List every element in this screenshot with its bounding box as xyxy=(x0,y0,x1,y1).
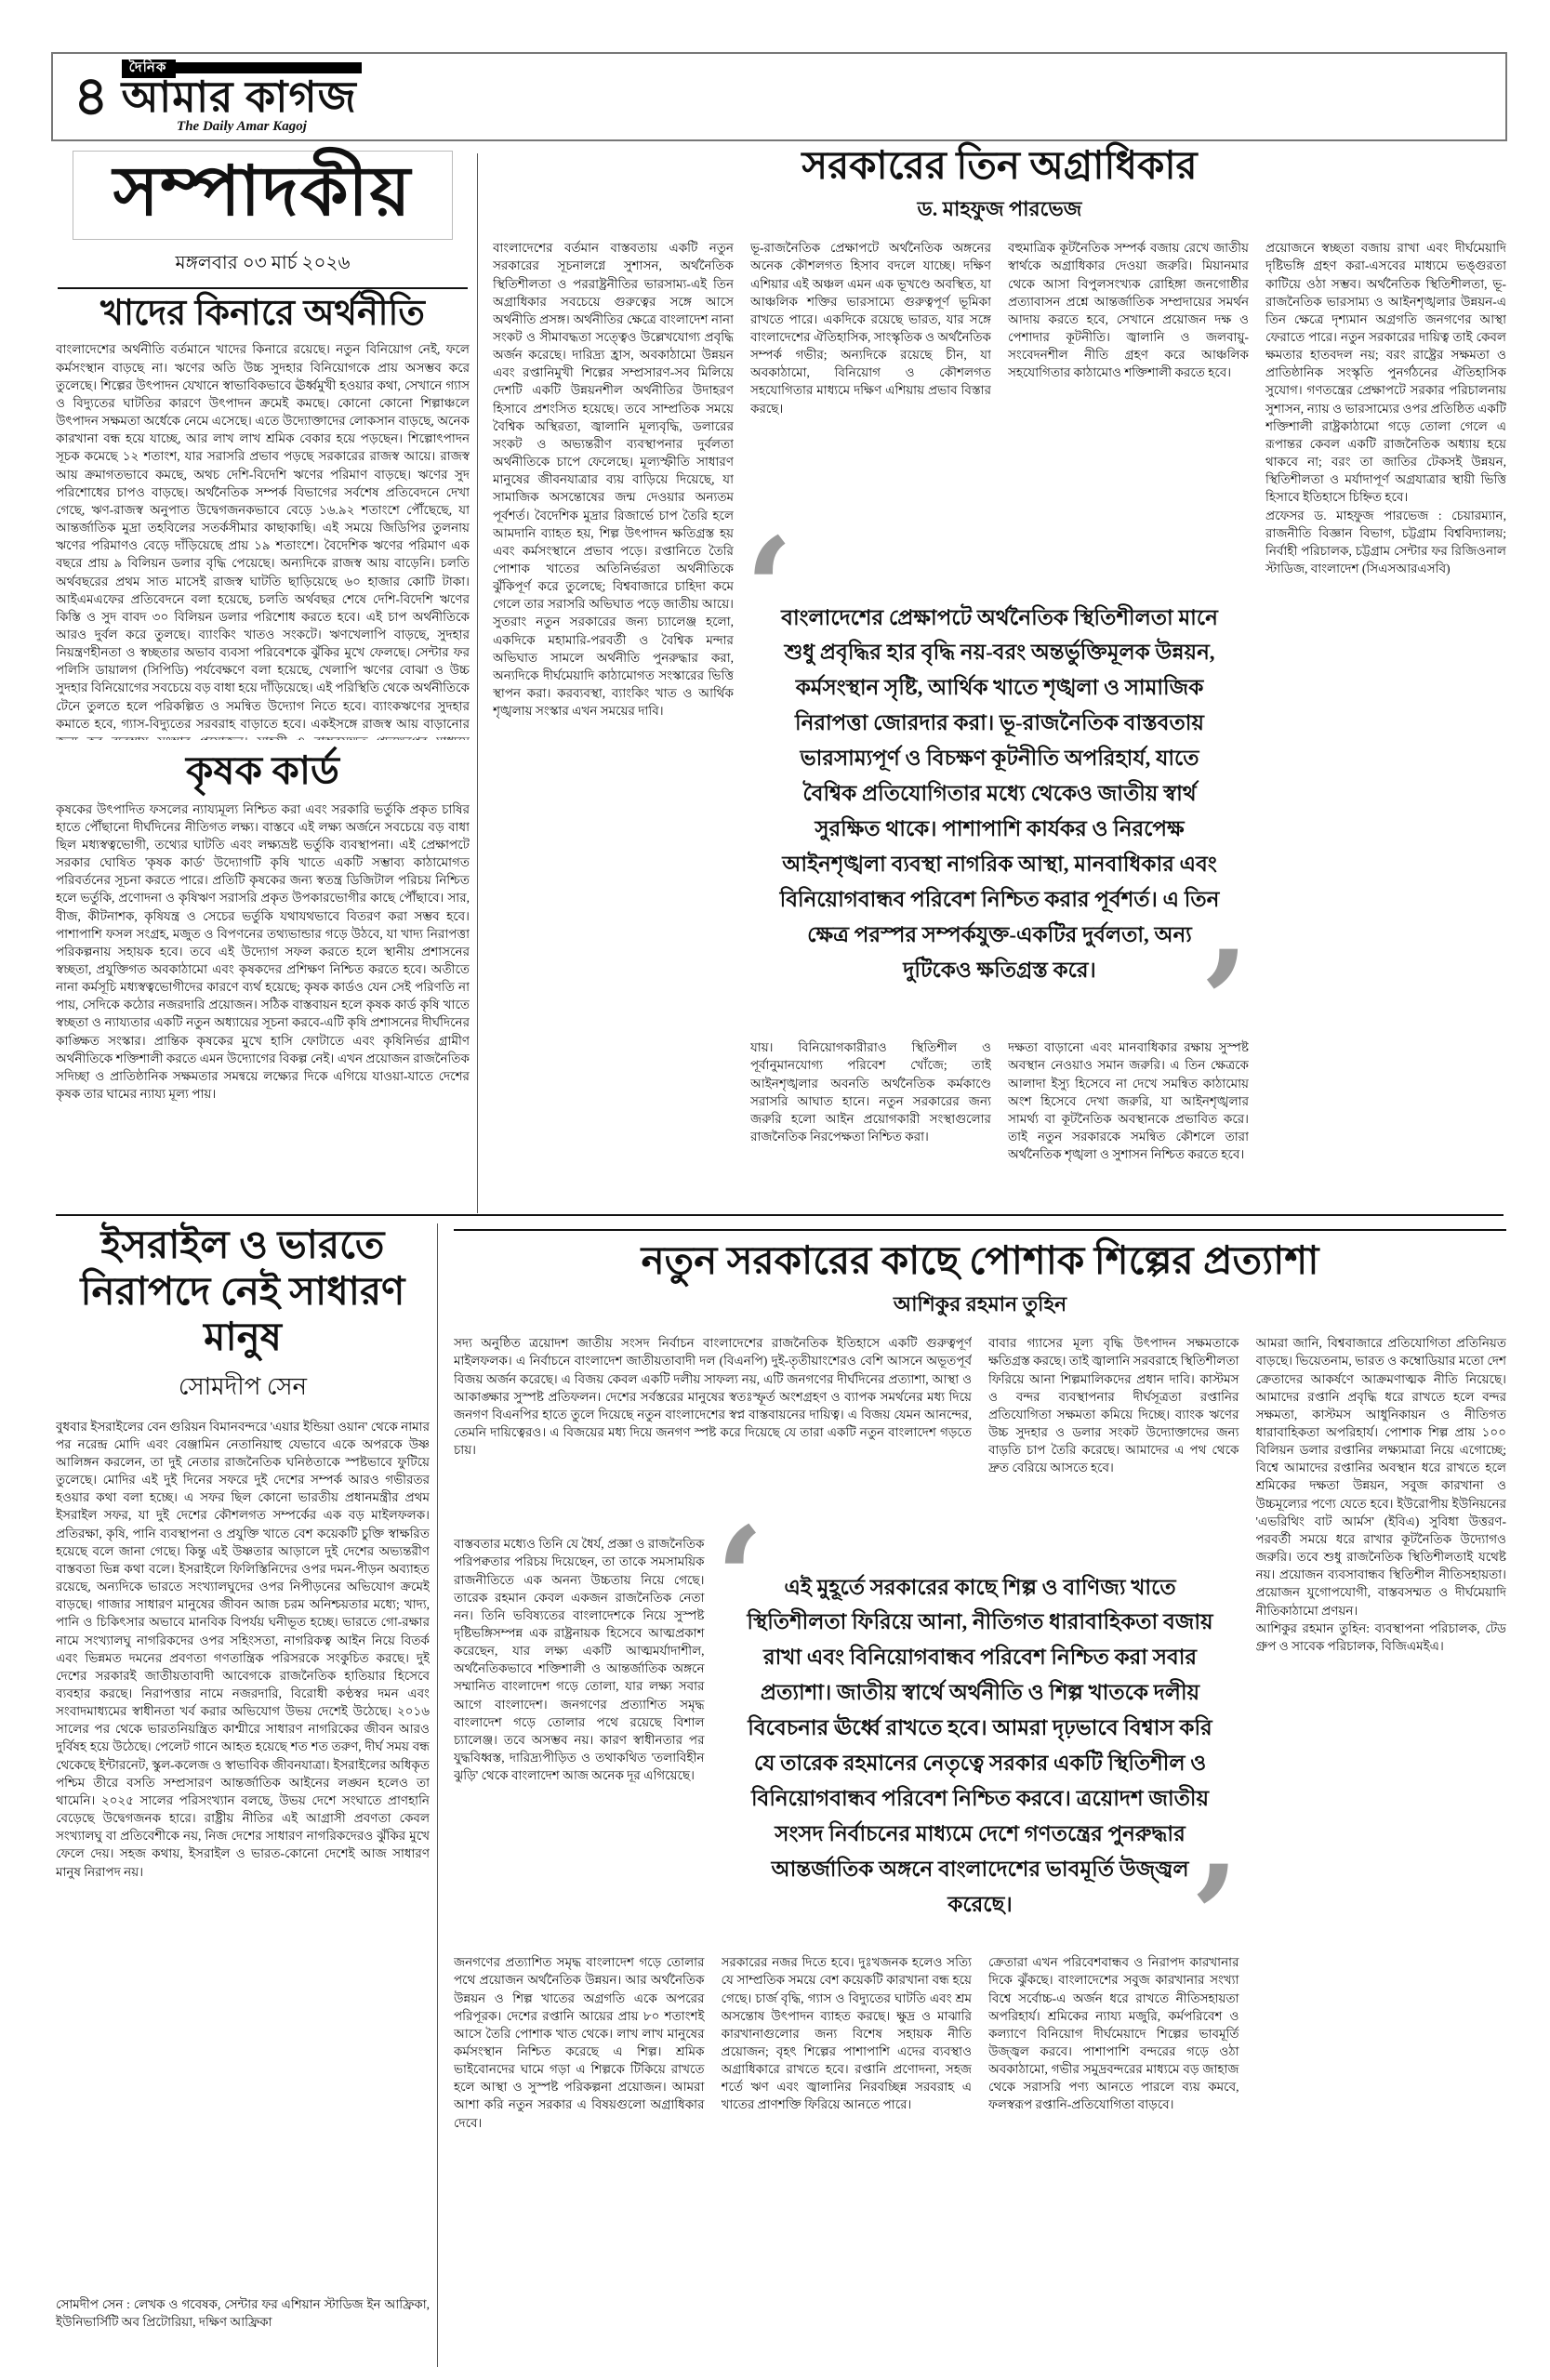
close-quote-icon: ’ xyxy=(1200,932,1249,1072)
article-israel-india: ইসরাইল ও ভারতে নিরাপদে নেই সাধারণ মানুষ … xyxy=(56,1223,430,2331)
garments-columns: সদ্য অনুষ্ঠিত ত্রয়োদশ জাতীয় সংসদ নির্ব… xyxy=(454,1334,1506,2281)
garments-col3-top: বাবার গ্যাসের মূল্য বৃদ্ধি উৎপাদন সক্ষমত… xyxy=(988,1334,1239,1526)
date-rule xyxy=(58,287,468,289)
article-garments-expectations: নতুন সরকারের কাছে পোশাক শিল্পের প্রত্যাশ… xyxy=(454,1229,1506,2281)
edition-date: মঙ্গলবার ০৩ মার্চ ২০২৬ xyxy=(56,249,470,280)
priorities-col4: প্রয়োজনে স্বচ্ছতা বজায় রাখা এবং দীর্ঘম… xyxy=(1265,239,1506,1234)
garments-quote-text: এই মুহূর্তে সরকারের কাছে শিল্প ও বাণিজ্য… xyxy=(746,1570,1215,1923)
garments-col1-bottom: জনগণের প্রত্যাশিত সমৃদ্ধ বাংলাদেশ গড়ে ত… xyxy=(454,1953,705,2281)
israel-byline: সোমদীপ সেন xyxy=(56,1368,430,1408)
israel-author-credit: সোমদীপ সেন : লেখক ও গবেষক, সেন্টার ফর এশ… xyxy=(56,2295,430,2331)
israel-body: বুধবার ইসরাইলের বেন গুরিয়ন বিমানবন্দরে … xyxy=(56,1418,430,2292)
israel-headline: ইসরাইল ও ভারতে নিরাপদে নেই সাধারণ মানুষ xyxy=(56,1223,430,1362)
vertical-divider-bottom xyxy=(437,1223,438,2367)
priorities-columns: বাংলাদেশের বর্তমান বাস্তবতায় একটি নতুন … xyxy=(493,239,1506,1234)
editorial-body-2: কৃষকের উৎপাদিত ফসলের ন্যায্যমূল্য নিশ্চি… xyxy=(56,800,470,1217)
priorities-headline: সরকারের তিন অগ্রাধিকার xyxy=(493,145,1506,188)
priorities-col1: বাংলাদেশের বর্তমান বাস্তবতায় একটি নতুন … xyxy=(493,239,734,1234)
page-number: ৪ xyxy=(73,70,109,124)
article-three-priorities: সরকারের তিন অগ্রাধিকার ড. মাহফুজ পারভেজ … xyxy=(493,145,1506,1234)
garments-col3-bottom: ক্রেতারা এখন পরিবেশবান্ধব ও নিরাপদ কারখা… xyxy=(988,1953,1239,2281)
garments-col4: আমরা জানি, বিশ্ববাজারে প্রতিযোগিতা প্রতি… xyxy=(1256,1334,1507,2281)
newspaper-editorial-page: ৪ দৈনিক আমার কাগজ The Daily Amar Kagoj স… xyxy=(0,0,1550,2380)
close-quote-icon: ’ xyxy=(1190,1847,1239,1987)
logo-band-decor xyxy=(176,62,362,73)
priorities-pull-quote: ‘ বাংলাদেশের প্রেক্ষাপটে অর্থনৈতিক স্থিত… xyxy=(750,546,1249,1029)
garments-headline: নতুন সরকারের কাছে পোশাক শিল্পের প্রত্যাশ… xyxy=(454,1240,1506,1283)
priorities-col2-bottom: যায়। বিনিয়োগকারীরাও স্থিতিশীল ও পূর্বা… xyxy=(750,1038,991,1234)
garments-col4-text: আমরা জানি, বিশ্ববাজারে প্রতিযোগিতা প্রতি… xyxy=(1256,1334,1507,1620)
open-quote-icon: ‘ xyxy=(716,1509,764,1648)
editorial-masthead-box: সম্পাদকীয় xyxy=(73,151,453,240)
garments-byline: আশিকুর রহমান তুহিন xyxy=(454,1289,1506,1323)
priorities-col3-top: বহুমাত্রিক কূটনৈতিক সম্পর্ক বজায় রেখে জ… xyxy=(1008,239,1249,536)
editorial-column: সম্পাদকীয় মঙ্গলবার ০৩ মার্চ ২০২৬ খাদের … xyxy=(56,151,470,1217)
priorities-quote-text: বাংলাদেশের প্রেক্ষাপটে অর্থনৈতিক স্থিতিশ… xyxy=(775,601,1225,988)
editorial-subhead: কৃষক কার্ড xyxy=(56,751,470,792)
garments-author-credit: আশিকুর রহমান তুহিন: ব্যবস্থাপনা পরিচালক,… xyxy=(1256,1620,1507,1655)
logo-title: আমার কাগজ xyxy=(122,76,363,119)
editorial-body-1: বাংলাদেশের অর্থনীতি বর্তমানে খাদের কিনার… xyxy=(56,340,470,740)
priorities-col2-top: ভূ-রাজনৈতিক প্রেক্ষাপটে অর্থনৈতিক অঙ্গনে… xyxy=(750,239,991,536)
garments-lede: সদ্য অনুষ্ঠিত ত্রয়োদশ জাতীয় সংসদ নির্ব… xyxy=(454,1334,972,1526)
page-header: ৪ দৈনিক আমার কাগজ The Daily Amar Kagoj xyxy=(51,52,1507,141)
garments-col1-mid: বাস্তবতার মধ্যেও তিনি যে ধৈর্য, প্রজ্ঞা … xyxy=(454,1535,705,1944)
editorial-headline: খাদের কিনারে অর্থনীতি xyxy=(56,295,470,334)
garments-pull-quote: ‘ এই মুহূর্তে সরকারের কাছে শিল্প ও বাণিজ… xyxy=(722,1535,1239,1944)
editorial-masthead: সম্পাদকীয় xyxy=(77,157,448,230)
priorities-byline: ড. মাহফুজ পারভেজ xyxy=(493,193,1506,228)
newspaper-logo: দৈনিক আমার কাগজ The Daily Amar Kagoj xyxy=(122,59,363,134)
vertical-divider-top xyxy=(477,153,478,1213)
open-quote-icon: ‘ xyxy=(745,520,793,659)
priorities-author-credit: প্রফেসর ড. মাহফুজ পারভেজ : চেয়ারম্যান, … xyxy=(1265,507,1506,578)
garments-col2-bottom: সরকারের নজর দিতে হবে। দুঃখজনক হলেও সত্যি… xyxy=(722,1953,973,2281)
section-divider-rule xyxy=(56,1214,1504,1216)
priorities-col4-text: প্রয়োজনে স্বচ্ছতা বজায় রাখা এবং দীর্ঘম… xyxy=(1265,239,1506,506)
logo-subtitle: The Daily Amar Kagoj xyxy=(122,120,363,134)
garments-top-rule xyxy=(454,1229,1506,1231)
